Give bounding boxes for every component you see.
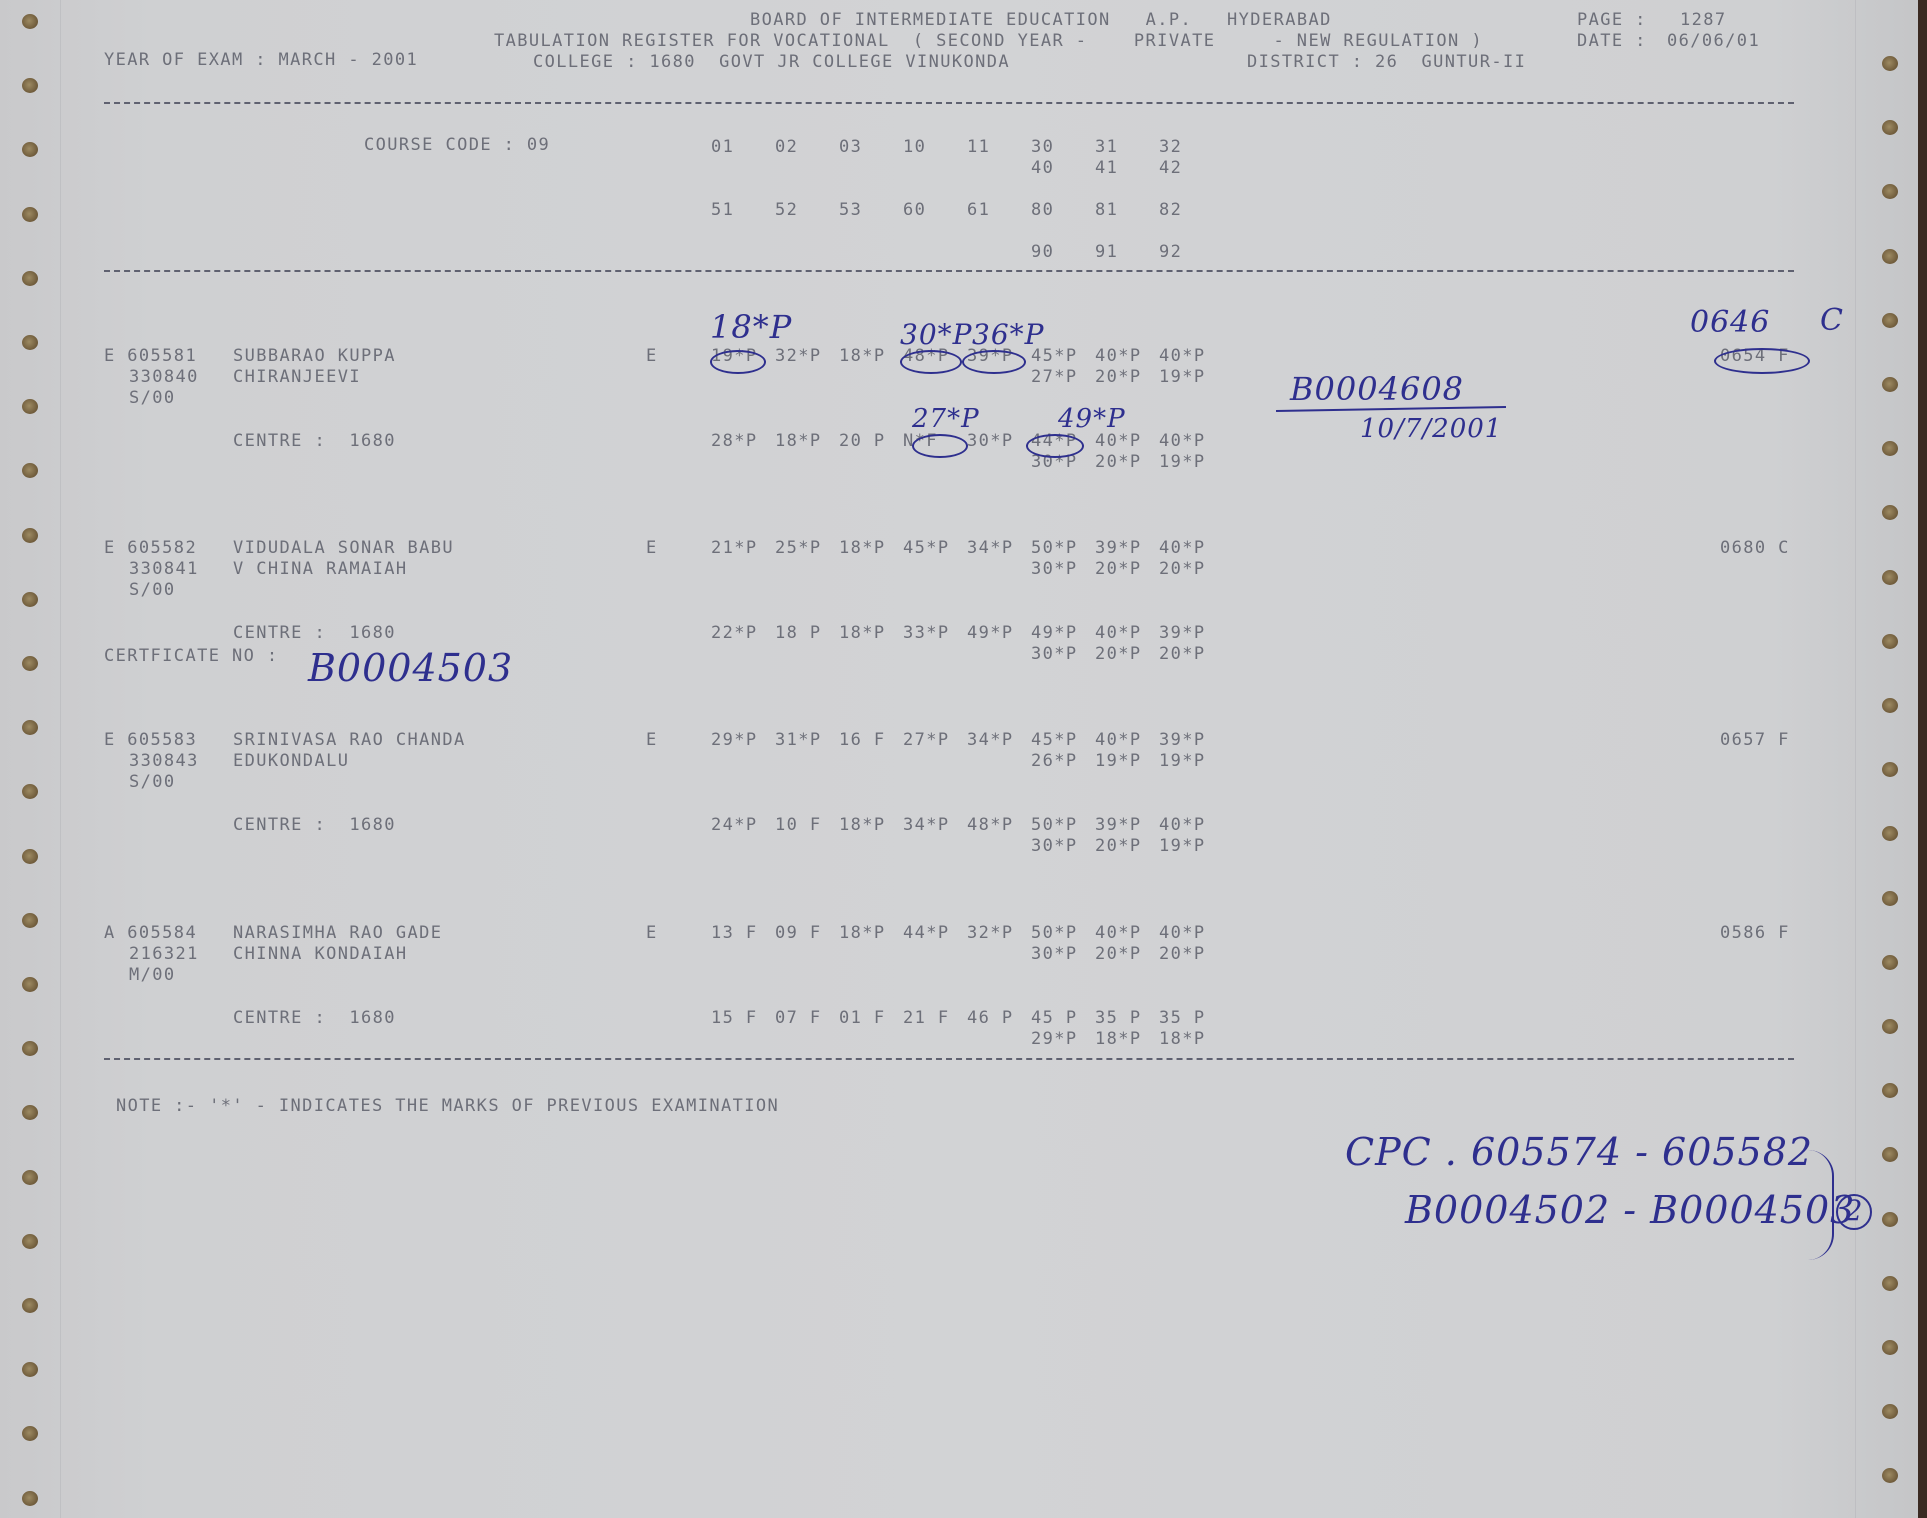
date-label: DATE :: [1577, 31, 1647, 51]
feed-hole: [22, 784, 38, 799]
mark-cell: 49*P: [1031, 623, 1078, 643]
subject-code: 61: [967, 200, 990, 220]
certificate-date: 10/7/2001: [1360, 414, 1502, 444]
medium: E: [646, 346, 658, 366]
feed-hole: [22, 1298, 38, 1313]
mark-cell: 45 P: [1031, 1008, 1078, 1028]
mark-cell: 01 F: [839, 1008, 886, 1028]
subject-code: 90: [1031, 242, 1054, 262]
total-and-result: 0586 F: [1720, 923, 1790, 943]
feed-hole: [1882, 1468, 1898, 1483]
mark-cell: 39*P: [1159, 730, 1206, 750]
mark-cell: 19*P: [1159, 367, 1206, 387]
feed-hole: [22, 463, 38, 478]
mark-cell: 30*P: [1031, 836, 1078, 856]
candidate-code: S/00: [129, 772, 176, 792]
centre: CENTRE : 1680: [233, 815, 396, 835]
medium: E: [646, 538, 658, 558]
feed-hole: [22, 1234, 38, 1249]
mark-cell: 27*P: [1031, 367, 1078, 387]
hall-ticket-number: E 605583: [104, 730, 197, 750]
column-header-divider: [104, 270, 1794, 272]
feed-hole: [22, 592, 38, 607]
candidate-name: NARASIMHA RAO GADE: [233, 923, 442, 943]
feed-hole: [1882, 249, 1898, 264]
feed-hole: [1882, 1019, 1898, 1034]
subject-code: 91: [1095, 242, 1118, 262]
feed-hole: [1882, 1276, 1898, 1291]
certificate-label: CERTFICATE NO :: [104, 646, 279, 666]
mark-cell: 20*P: [1159, 559, 1206, 579]
subject-code: 31: [1095, 137, 1118, 157]
mark-cell: 20*P: [1095, 944, 1142, 964]
registration-number: 330840: [129, 367, 199, 387]
centre: CENTRE : 1680: [233, 431, 396, 451]
perforation-line-left: [60, 0, 61, 1518]
feed-hole: [22, 977, 38, 992]
candidate-name: SUBBARAO KUPPA: [233, 346, 396, 366]
mark-cell: 19*P: [1159, 751, 1206, 771]
subject-code: 52: [775, 200, 798, 220]
feed-hole: [22, 913, 38, 928]
feed-hole: [1882, 1212, 1898, 1227]
handwritten-correction: 49*P: [1058, 404, 1126, 434]
subject-code: 81: [1095, 200, 1118, 220]
medium: E: [646, 730, 658, 750]
print-date: 06/06/01: [1667, 31, 1760, 51]
mark-cell: 40*P: [1095, 431, 1142, 451]
mark-cell: 18*P: [839, 923, 886, 943]
feed-hole: [22, 142, 38, 157]
father-name: CHINNA KONDAIAH: [233, 944, 408, 964]
mark-cell: 30*P: [967, 431, 1014, 451]
hall-ticket-number: E 605581: [104, 346, 197, 366]
mark-cell: 13 F: [711, 923, 758, 943]
subject-code: 11: [967, 137, 990, 157]
registration-number: 330841: [129, 559, 199, 579]
medium: E: [646, 923, 658, 943]
mark-cell: 39*P: [1095, 815, 1142, 835]
result-circle: [1714, 348, 1810, 374]
hall-ticket-number: A 605584: [104, 923, 197, 943]
handwritten-correction: 27*P: [912, 404, 980, 434]
mark-cell: 50*P: [1031, 815, 1078, 835]
mark-cell: 32*P: [775, 346, 822, 366]
centre: CENTRE : 1680: [233, 623, 396, 643]
mark-cell: 49*P: [967, 623, 1014, 643]
feed-hole: [1882, 762, 1898, 777]
feed-hole: [1882, 1083, 1898, 1098]
mark-cell: 29*P: [1031, 1029, 1078, 1049]
handwritten-brace: [1808, 1150, 1834, 1260]
mark-cell: 15 F: [711, 1008, 758, 1028]
feed-hole: [22, 1491, 38, 1506]
mark-cell: 20*P: [1159, 644, 1206, 664]
feed-hole: [22, 78, 38, 93]
mark-cell: 19*P: [1159, 836, 1206, 856]
mark-cell: 35 P: [1159, 1008, 1206, 1028]
mark-cell: 32*P: [967, 923, 1014, 943]
mark-cell: 21*P: [711, 538, 758, 558]
feed-hole: [22, 656, 38, 671]
subject-code: 60: [903, 200, 926, 220]
feed-hole: [1882, 1404, 1898, 1419]
correction-circle: [710, 350, 766, 374]
mark-cell: 18*P: [839, 346, 886, 366]
mark-cell: 50*P: [1031, 538, 1078, 558]
mark-cell: 16 F: [839, 730, 886, 750]
feed-hole: [22, 271, 38, 286]
handwritten-cpc-range: CPC . 605574 - 605582: [1345, 1130, 1813, 1174]
mark-cell: 33*P: [903, 623, 950, 643]
mark-cell: 40*P: [1095, 923, 1142, 943]
perforation-line-right: [1855, 0, 1856, 1518]
handwritten-correction: 18*P: [710, 308, 792, 346]
centre: CENTRE : 1680: [233, 1008, 396, 1028]
mark-cell: 40*P: [1095, 623, 1142, 643]
mark-cell: 19*P: [1095, 751, 1142, 771]
mark-cell: 18*P: [1095, 1029, 1142, 1049]
mark-cell: 24*P: [711, 815, 758, 835]
feed-hole: [22, 1362, 38, 1377]
mark-cell: 34*P: [903, 815, 950, 835]
feed-hole: [1882, 184, 1898, 199]
feed-hole: [22, 207, 38, 222]
mark-cell: 18*P: [1159, 1029, 1206, 1049]
feed-hole: [22, 335, 38, 350]
feed-hole: [1882, 120, 1898, 135]
correction-circle: [962, 350, 1026, 374]
feed-hole: [1882, 1147, 1898, 1162]
feed-hole: [22, 1170, 38, 1185]
father-name: V CHINA RAMAIAH: [233, 559, 408, 579]
mark-cell: 10 F: [775, 815, 822, 835]
feed-hole: [1882, 698, 1898, 713]
mark-cell: 31*P: [775, 730, 822, 750]
subject-code: 40: [1031, 158, 1054, 178]
registration-number: 330843: [129, 751, 199, 771]
subject-code: 10: [903, 137, 926, 157]
candidate-name: VIDUDALA SONAR BABU: [233, 538, 454, 558]
mark-cell: 20*P: [1159, 944, 1206, 964]
feed-hole: [1882, 377, 1898, 392]
mark-cell: 40*P: [1159, 346, 1206, 366]
mark-cell: 20*P: [1095, 452, 1142, 472]
note: NOTE :- '*' - INDICATES THE MARKS OF PRE…: [116, 1096, 779, 1116]
mark-cell: 20 P: [839, 431, 886, 451]
mark-cell: 25*P: [775, 538, 822, 558]
mark-cell: 27*P: [903, 730, 950, 750]
subject-code: 01: [711, 137, 734, 157]
handwritten-correction: 36*P: [972, 318, 1044, 351]
handwritten-certificate-number: B0004503: [308, 646, 513, 690]
mark-cell: 20*P: [1095, 836, 1142, 856]
mark-cell: 40*P: [1159, 923, 1206, 943]
mark-cell: 46 P: [967, 1008, 1014, 1028]
correction-circle: [900, 350, 962, 374]
mark-cell: 48*P: [967, 815, 1014, 835]
mark-cell: 39*P: [1159, 623, 1206, 643]
register-title: TABULATION REGISTER FOR VOCATIONAL ( SEC…: [494, 31, 1483, 51]
mark-cell: 20*P: [1095, 644, 1142, 664]
mark-cell: 09 F: [775, 923, 822, 943]
mark-cell: 30*P: [1031, 944, 1078, 964]
subject-code: 92: [1159, 242, 1182, 262]
mark-cell: 45*P: [1031, 730, 1078, 750]
feed-hole: [22, 1426, 38, 1441]
mark-cell: 34*P: [967, 538, 1014, 558]
mark-cell: 20*P: [1095, 367, 1142, 387]
mark-cell: 40*P: [1159, 431, 1206, 451]
mark-cell: 40*P: [1159, 815, 1206, 835]
feed-hole: [1882, 570, 1898, 585]
mark-cell: 44*P: [903, 923, 950, 943]
feed-hole: [22, 14, 38, 29]
mark-cell: 50*P: [1031, 923, 1078, 943]
subject-code: 82: [1159, 200, 1182, 220]
revised-total: 0646: [1690, 305, 1770, 340]
mark-cell: 40*P: [1095, 346, 1142, 366]
mark-cell: 29*P: [711, 730, 758, 750]
mark-cell: 30*P: [1031, 644, 1078, 664]
handwritten-correction: 30*P: [900, 318, 972, 351]
subject-code: 02: [775, 137, 798, 157]
feed-hole: [1882, 56, 1898, 71]
feed-hole: [22, 1041, 38, 1056]
feed-hole: [1882, 891, 1898, 906]
district-info: DISTRICT : 26 GUNTUR-II: [1247, 52, 1526, 72]
course-code: COURSE CODE : 09: [364, 135, 550, 155]
feed-hole: [1882, 1340, 1898, 1355]
mark-cell: 39*P: [1095, 538, 1142, 558]
feed-hole: [1882, 313, 1898, 328]
subject-code: 41: [1095, 158, 1118, 178]
mark-cell: 28*P: [711, 431, 758, 451]
mark-cell: 34*P: [967, 730, 1014, 750]
father-name: EDUKONDALU: [233, 751, 349, 771]
correction-circle: [1026, 434, 1084, 458]
feed-hole: [1882, 441, 1898, 456]
total-and-result: 0680 C: [1720, 538, 1790, 558]
hall-ticket-number: E 605582: [104, 538, 197, 558]
subject-code: 80: [1031, 200, 1054, 220]
mark-cell: 26*P: [1031, 751, 1078, 771]
subject-code: 30: [1031, 137, 1054, 157]
handwritten-count: 2: [1836, 1194, 1872, 1230]
father-name: CHIRANJEEVI: [233, 367, 361, 387]
mark-cell: 18*P: [775, 431, 822, 451]
total-and-result: 0657 F: [1720, 730, 1790, 750]
subject-code: 03: [839, 137, 862, 157]
mark-cell: 19*P: [1159, 452, 1206, 472]
feed-hole: [1882, 826, 1898, 841]
feed-hole: [1882, 634, 1898, 649]
mark-cell: 30*P: [1031, 559, 1078, 579]
feed-hole: [22, 1105, 38, 1120]
feed-hole: [22, 720, 38, 735]
mark-cell: 40*P: [1159, 538, 1206, 558]
subject-code: 51: [711, 200, 734, 220]
feed-hole: [22, 528, 38, 543]
board-title: BOARD OF INTERMEDIATE EDUCATION A.P. HYD…: [750, 10, 1332, 30]
page-number: 1287: [1680, 10, 1727, 30]
subject-code: 53: [839, 200, 862, 220]
mark-cell: 21 F: [903, 1008, 950, 1028]
revised-result: C: [1820, 303, 1844, 338]
mark-cell: 40*P: [1095, 730, 1142, 750]
college-info: COLLEGE : 1680 GOVT JR COLLEGE VINUKONDA: [533, 52, 1010, 72]
mark-cell: 07 F: [775, 1008, 822, 1028]
candidate-code: S/00: [129, 580, 176, 600]
mark-cell: 18 P: [775, 623, 822, 643]
mark-cell: 20*P: [1095, 559, 1142, 579]
candidate-name: SRINIVASA RAO CHANDA: [233, 730, 466, 750]
feed-hole: [22, 399, 38, 414]
mark-cell: 45*P: [903, 538, 950, 558]
tabulation-sheet: BOARD OF INTERMEDIATE EDUCATION A.P. HYD…: [0, 0, 1927, 1518]
header-divider: [104, 102, 1794, 104]
candidate-code: M/00: [129, 965, 176, 985]
feed-hole: [1882, 505, 1898, 520]
feed-hole: [22, 849, 38, 864]
page-label: PAGE :: [1577, 10, 1647, 30]
mark-cell: 18*P: [839, 815, 886, 835]
registration-number: 216321: [129, 944, 199, 964]
correction-circle: [912, 434, 968, 458]
handwritten-certificate-number: B0004608: [1290, 370, 1464, 408]
mark-cell: 18*P: [839, 538, 886, 558]
mark-cell: 22*P: [711, 623, 758, 643]
subject-code: 42: [1159, 158, 1182, 178]
candidate-code: S/00: [129, 388, 176, 408]
subject-code: 32: [1159, 137, 1182, 157]
sheet-edge: [1918, 0, 1927, 1518]
mark-cell: 18*P: [839, 623, 886, 643]
mark-cell: 35 P: [1095, 1008, 1142, 1028]
year-of-exam: YEAR OF EXAM : MARCH - 2001: [104, 50, 418, 70]
handwritten-certificate-range: B0004502 - B0004503: [1405, 1188, 1855, 1232]
footer-divider: [104, 1058, 1794, 1060]
feed-hole: [1882, 955, 1898, 970]
